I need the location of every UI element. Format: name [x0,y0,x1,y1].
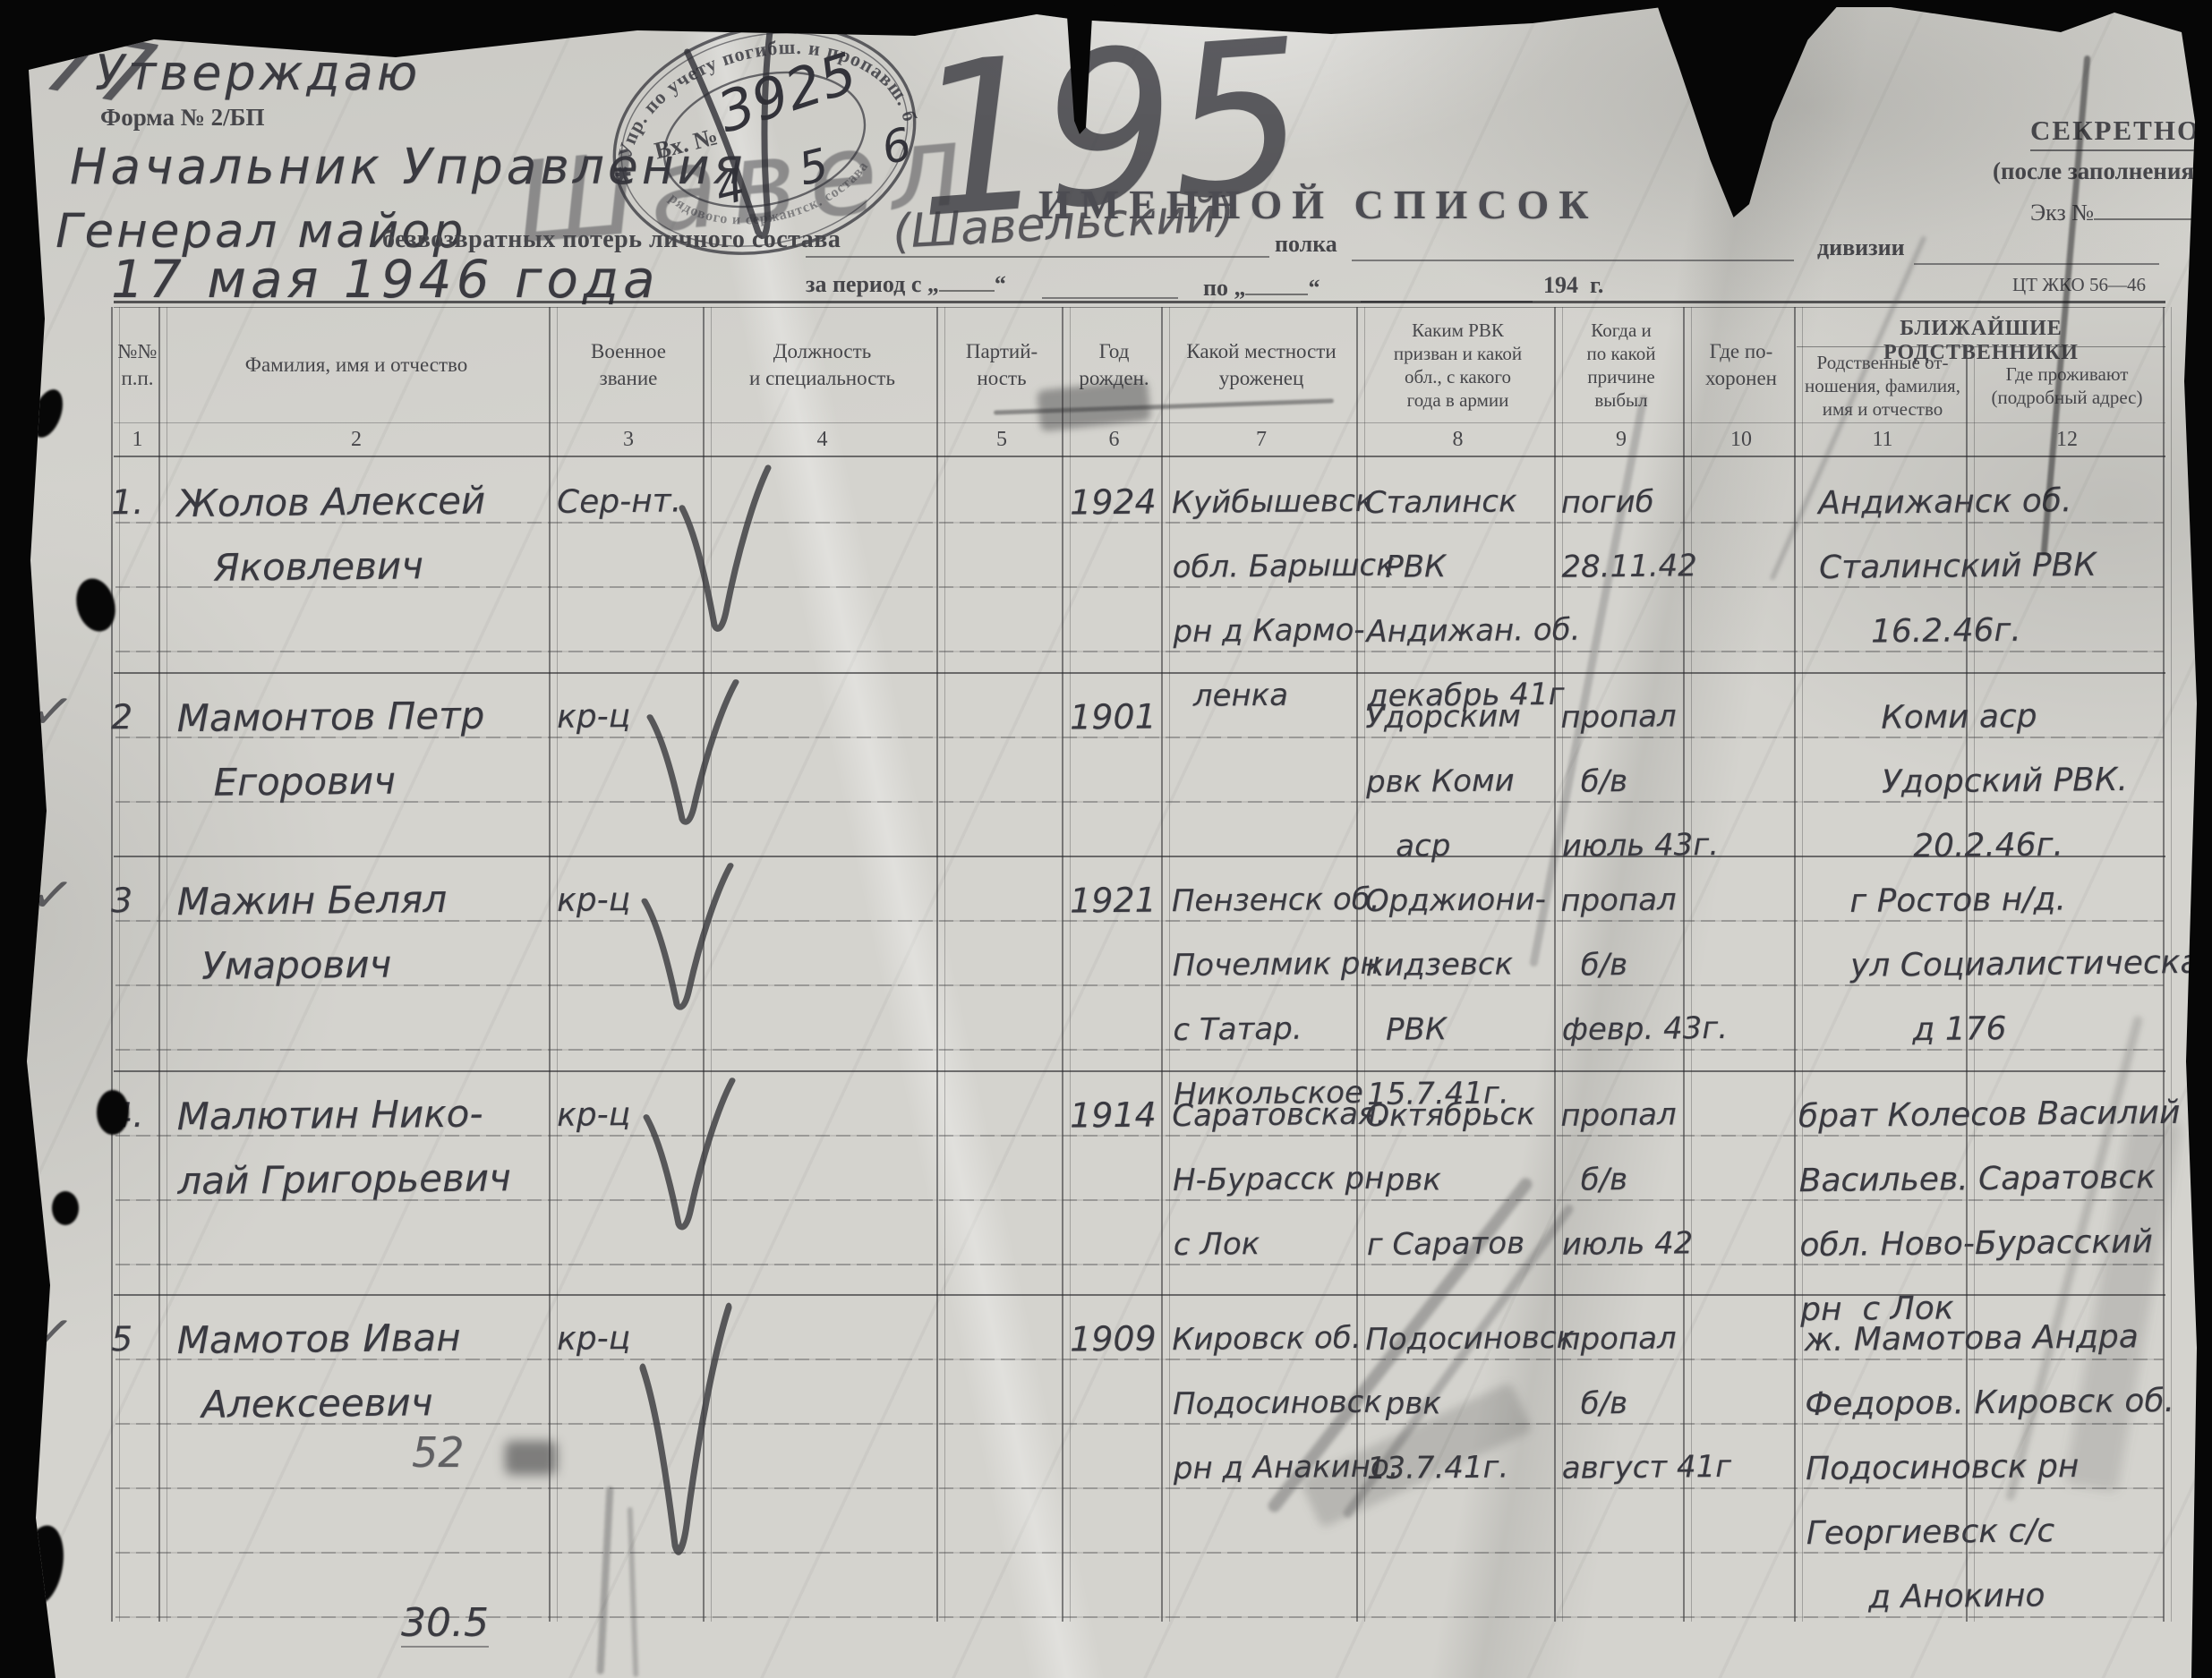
birthplace-cell-line: с Лок [1173,1211,1360,1277]
fate-cell-line: б/в [1561,932,1701,998]
check-mark-icon [675,463,773,637]
birth-year-cell-line: 1909 [1070,1306,1166,1371]
margin-check-mark-icon: ✓ [27,1300,79,1367]
header-line: хоронен [1705,365,1777,392]
row-number: 1. [111,470,164,535]
header-line: причине [1587,365,1654,388]
torn-hole [52,1191,79,1225]
column-number: 2 [161,428,551,452]
column-number: 12 [1969,428,2165,452]
torn-hole [97,1090,129,1135]
header-line: призван и какой [1394,342,1522,365]
header-line: Какой местности [1186,338,1336,365]
header-line: №№ [118,338,158,365]
name-cell-line: Яковлевич [177,532,551,601]
rvk-cell-line: Андижан. об. [1366,598,1557,664]
relatives-cell: Коми асрУдорский РВК. 20.2.46г. [1881,683,2178,879]
relatives-cell-line: Георгиевск с/с [1806,1498,2178,1566]
row-separator [114,1070,2165,1072]
name-cell: Мажин Белял Умарович [176,866,550,999]
relatives-cell-line: Сталинский РВК [1819,532,2178,601]
name-cell: Малютин Нико-лай Григорьевич [176,1081,550,1214]
rvk-cell: Удорскимрвк Коми аср [1365,684,1557,879]
header-line: Где по- [1710,338,1773,365]
check-mark-icon [636,1299,734,1563]
table-column-line [1794,307,1803,1622]
header-line: Партий- [966,338,1038,365]
header-line: года в армии [1407,388,1509,412]
relatives-cell-line: г Ростов н/д. [1849,866,2177,934]
check-mark-icon [643,677,741,830]
birth-year-cell-line: 1914 [1070,1082,1166,1147]
birthplace-cell-line: Куйбышевск [1171,469,1358,535]
birth-year-cell-line: 1921 [1070,867,1166,933]
bottom-note: 30.5 [401,1600,489,1648]
row-separator [114,856,2165,857]
fate-cell-line: б/в [1561,1146,1701,1213]
birth-year-cell: 1909 [1070,1306,1166,1371]
header-line: ношения, фамилия, [1805,374,1960,397]
column-number: 3 [551,428,705,452]
numbering-underline [114,456,2165,457]
name-cell-line: Мажин Белял [176,866,550,934]
birthplace-cell-line: Саратовская. [1172,1082,1359,1148]
birthplace-cell-line: ленка [1174,662,1361,728]
rvk-cell-line: кидзевск [1365,932,1556,998]
table-top-border [114,301,2165,303]
column-number: 7 [1164,428,1359,452]
fate-cell-line: пропал [1560,1306,1700,1372]
relatives-cell-line: Удорский РВК. [1882,747,2178,814]
row-number-line: 1. [111,470,164,535]
fate-cell-line: июль 42 [1561,1211,1701,1277]
rvk-cell-line: рвк Коми [1366,748,1557,814]
row-number: 3 [111,868,164,933]
fate-cell: пропал б/виюль 42 [1560,1082,1701,1277]
birthplace-cell-line: Почелмик рн [1172,932,1359,998]
rvk-cell-line: Сталинск [1364,469,1555,535]
name-cell-line: Жолов Алексей [176,468,550,536]
column-number: 11 [1797,428,1969,452]
table-header-col-2: Фамилия, имя и отчество [164,311,549,419]
fate-cell-line: б/в [1561,1370,1701,1436]
birth-year-cell-line: 1924 [1070,469,1166,534]
column-number: 9 [1557,428,1686,452]
fate-cell-line: 28.11.42 [1561,533,1701,600]
row-number-line: 5 [111,1307,164,1372]
birthplace-cell-line: с Татар. [1173,996,1360,1062]
header-line: Когда и [1591,319,1652,342]
relatives-cell-line: д Анокино [1806,1563,2179,1631]
birth-year-cell: 1921 [1070,867,1166,933]
name-cell: Мамонтов Петр Егорович [176,683,550,815]
row-number-line: 3 [111,868,164,933]
document-page: 77 Утверждаю Форма № 2/БП Начальник Упра… [11,5,2200,1678]
birthplace-cell-line: Н-Бурасск рн [1173,1146,1360,1213]
fate-cell-line: пропал [1560,1082,1700,1148]
table-header-col-4: Должностьи специальность [708,311,936,419]
header-line: Военное [591,338,666,365]
rvk-cell-line: Орджиони- [1364,867,1555,933]
losses-table: №№п.п.Фамилия, имя и отчествоВоенноезван… [11,5,2200,1678]
header-line: (подробный адрес) [1992,386,2143,409]
column-number: 5 [939,428,1064,452]
fate-cell-line: пропал [1560,867,1700,933]
check-mark-icon [639,1076,738,1235]
fate-cell-line: б/в [1561,748,1701,814]
name-cell-line: Мамонтов Петр [176,683,550,751]
header-line: Год [1099,338,1130,365]
birth-year-cell: 1914 [1070,1082,1166,1147]
row-number-line: 2 [111,685,164,750]
name-cell-line: Алексеевич [177,1369,551,1437]
header-separator [114,422,2165,423]
name-cell-line: Умарович [177,931,551,999]
table-header-col-9: Когда ипо какойпричиневыбыл [1559,311,1683,419]
header-line: Каким РВК [1412,319,1504,342]
fate-cell: пропал б/вфевр. 43г. [1560,867,1701,1062]
fate-cell: погиб28.11.42 [1560,469,1700,600]
header-line: п.п. [121,365,153,392]
birthplace-cell-line: обл. Барышск [1172,533,1359,600]
header-line: Фамилия, имя и отчество [245,352,467,379]
table-column-line [936,307,945,1622]
header-line: по какой [1586,342,1655,365]
birthplace-cell-line: рн д Кармо- [1173,598,1360,664]
relatives-group-title: БЛИЖАЙШИЕ РОДСТВЕННИКИ [1801,317,2161,365]
column-number: 4 [705,428,939,452]
column-number: 1 [114,428,161,452]
table-header-col-3: Военноезвание [554,311,703,419]
relatives-cell-line: Андижанск об. [1818,468,2177,536]
fate-cell-line: август 41г [1561,1435,1701,1501]
name-cell-line: Егорович [177,747,551,815]
fate-cell: пропал б/вавгуст 41г [1560,1306,1701,1501]
header-line: уроженец [1219,365,1304,392]
rvk-cell-line: Удорским [1365,684,1556,750]
birthplace-cell: Куйбышевскобл. Барышскрн д Кармо- ленка [1171,469,1360,728]
header-line: звание [600,365,658,392]
column-number: 6 [1064,428,1164,452]
relatives-cell-line: Коми аср [1881,683,2177,750]
fate-cell-line: февр. 43г. [1561,996,1701,1062]
rvk-cell-line: РВК [1366,996,1557,1062]
rvk-cell-line: РВК [1365,533,1556,600]
header-line: ность [977,365,1026,392]
birth-year-cell: 1924 [1070,469,1166,534]
row-number: 2 [111,685,164,750]
table-header-col-1: №№п.п. [116,311,158,419]
name-cell-line: Мамотов Иван [176,1305,550,1373]
birth-year-cell-line: 1901 [1070,684,1166,749]
birth-year-cell: 1901 [1070,684,1166,749]
row-number: 5 [111,1307,164,1372]
column-number: 8 [1359,428,1557,452]
margin-check-mark-icon: ✓ [27,862,79,928]
name-cell: Мамотов Иван Алексеевич [176,1305,550,1437]
table-header-col-8: Каким РВКпризван и какойобл., с какогого… [1362,311,1554,419]
smudged-note: 52 [412,1428,465,1477]
pencil-smudge-dot [505,1441,557,1475]
relatives-cell-line: ул Социалистическая [1850,931,2178,999]
relatives-cell: Андижанск об.Сталинский РВК 16.2.46г. [1818,468,2178,665]
name-cell-line: лай Григорьевич [177,1146,551,1214]
name-cell: Жолов Алексей Яковлевич [176,468,550,601]
name-cell-line: Малютин Нико- [176,1081,550,1149]
check-mark-icon [637,861,736,1015]
table-top-border-inner [114,307,2165,308]
table-header-col-10: Где по-хоронен [1688,311,1794,419]
row-separator [114,672,2165,674]
relatives-cell-line: 16.2.46г. [1819,597,2178,665]
birthplace-cell-line: Пензенск об. [1171,867,1358,933]
header-line: Где проживают [2006,362,2129,386]
margin-check-mark-icon: ✓ [27,678,79,745]
column-number: 10 [1686,428,1797,452]
header-line: обл., с какого [1405,365,1511,388]
header-line: и специальность [749,365,895,392]
birthplace-cell: Саратовская.Н-Бурасск рнс Лок [1172,1082,1360,1277]
birthplace-cell-line: Кировск об. [1172,1306,1359,1372]
rvk-cell-line: Октябрьск [1365,1082,1556,1148]
header-line: Должность [773,338,871,365]
